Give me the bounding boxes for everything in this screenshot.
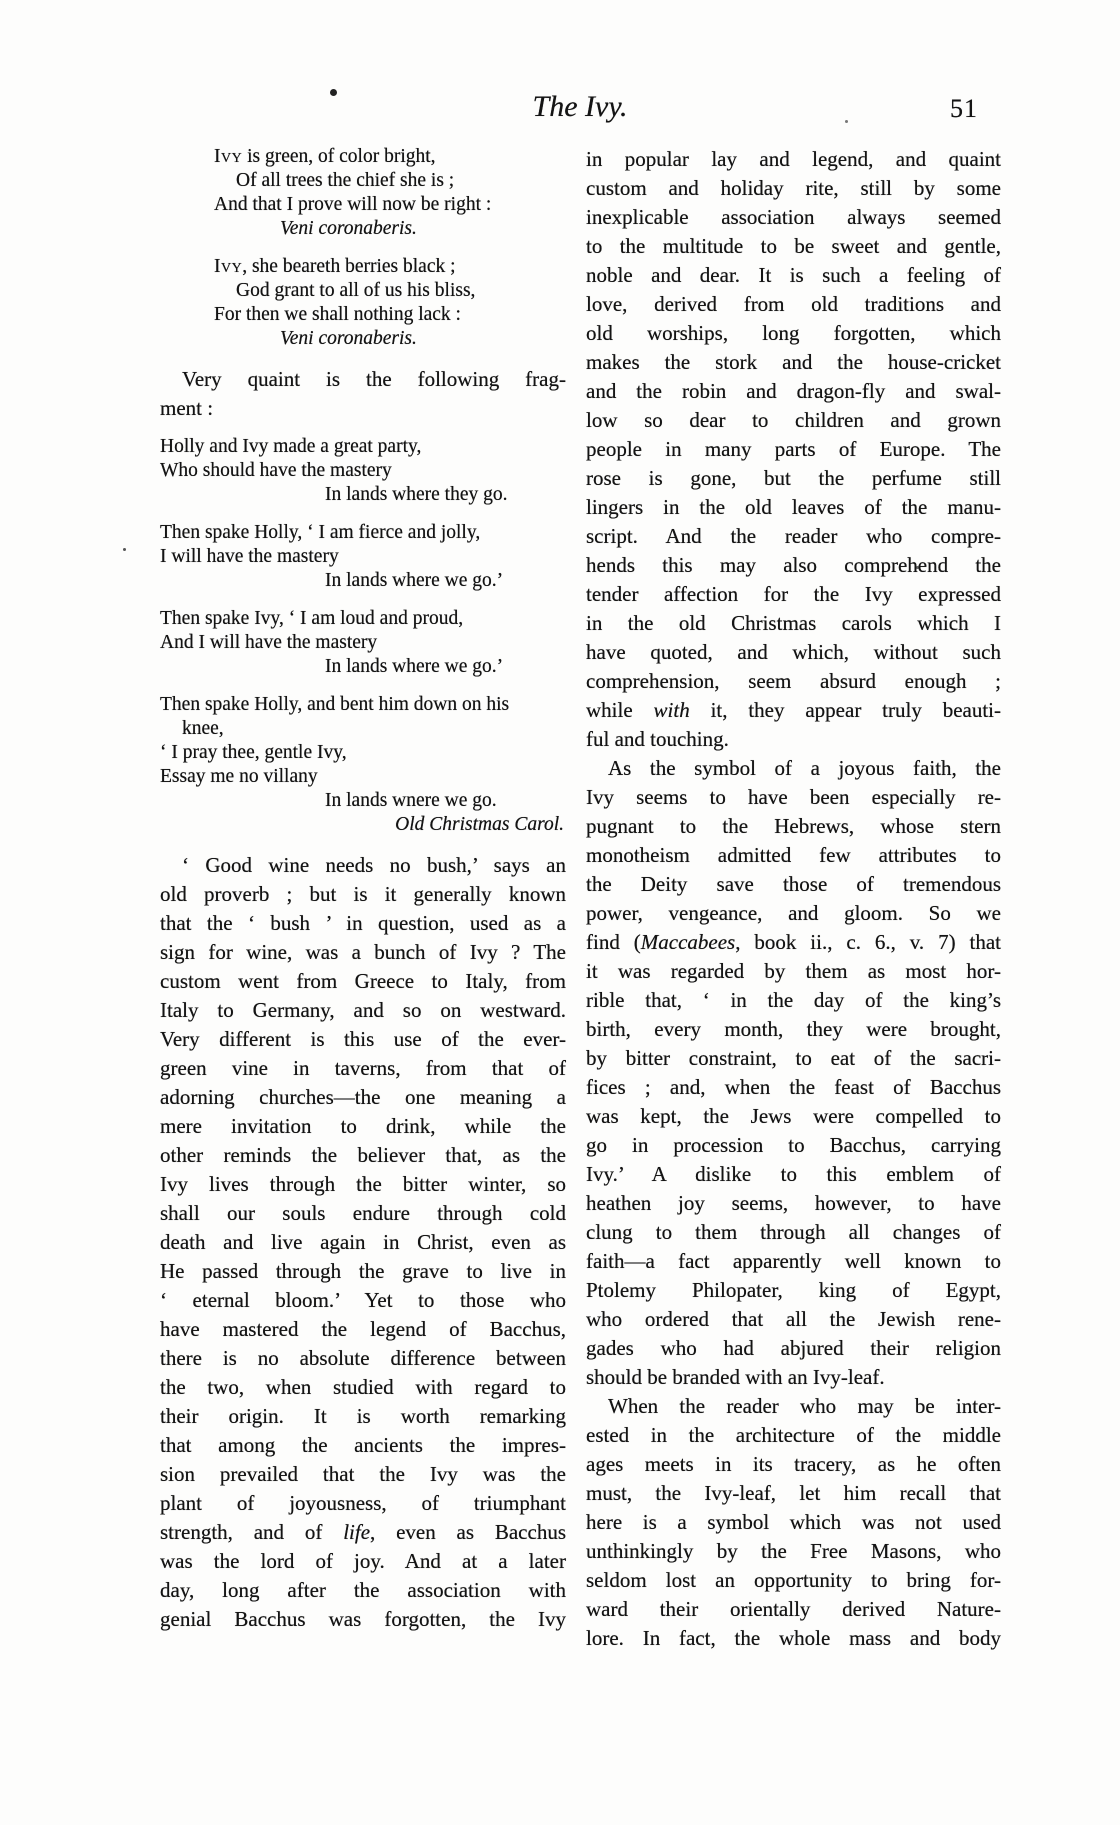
text-segment: birth, every month, they were brought, (586, 1017, 1001, 1041)
prose-line: who ordered that all the Jewish rene- (586, 1305, 1001, 1334)
text-segment: Maccabees (641, 930, 735, 954)
prose-line: ful and touching. (586, 725, 1001, 754)
text-segment: Very quaint is the following frag- (182, 367, 566, 391)
text-segment: that the ‘ bush ’ in question, used as a (160, 911, 566, 935)
text-segment: here is a symbol which was not used (586, 1510, 1001, 1534)
text-segment: makes the stork and the house-cricket (586, 350, 1001, 374)
prose-line: Very different is this use of the ever- (160, 1025, 566, 1054)
verse-line: Essay me no villany (160, 765, 566, 789)
text-segment: Holly and Ivy made a great party, (160, 436, 421, 457)
text-segment: unthinkingly by the Free Masons, who (586, 1539, 1001, 1563)
text-segment: there is no absolute difference between (160, 1346, 566, 1370)
text-segment: their origin. It is worth remarking (160, 1404, 566, 1428)
paragraph: ‘ Good wine needs no bush,’ says anold p… (160, 851, 566, 1634)
prose-line: custom and holiday rite, still by some (586, 174, 1001, 203)
text-segment: God grant to all of us his bliss, (236, 280, 475, 301)
prose-line: hends this may also comprehend the (586, 551, 1001, 580)
text-segment: other reminds the believer that, as the (160, 1143, 566, 1167)
text-segment: And that I prove will now be right : (214, 194, 491, 215)
verse-line: Ivy, she beareth berries black ; (214, 255, 566, 279)
prose-line: rible that, ‘ in the day of the king’s (586, 986, 1001, 1015)
prose-line: should be branded with an Ivy-leaf. (586, 1363, 1001, 1392)
text-segment: Italy to Germany, and so on westward. (160, 998, 566, 1022)
text-segment: shall our souls endure through cold (160, 1201, 566, 1225)
text-segment: custom went from Greece to Italy, from (160, 969, 566, 993)
text-segment: by bitter constraint, to eat of the sacr… (586, 1046, 1001, 1070)
prose-line: shall our souls endure through cold (160, 1199, 566, 1228)
poem-stanza: Ivy, she beareth berries black ;God gran… (214, 255, 566, 351)
text-segment: strength, and of (160, 1520, 343, 1544)
text-segment: who ordered that all the Jewish rene- (586, 1307, 1001, 1331)
verse-line: In lands where they go. (160, 483, 566, 507)
prose-line: Ivy.’ A dislike to this emblem of (586, 1160, 1001, 1189)
prose-line: death and live again in Christ, even as (160, 1228, 566, 1257)
text-segment: people in many parts of Europe. The (586, 437, 1001, 461)
text-segment: comprehension, seem absurd enough ; (586, 669, 1001, 693)
text-segment: in popular lay and legend, and quaint (586, 147, 1001, 171)
text-segment: have mastered the legend of Bacchus, (160, 1317, 566, 1341)
prose-line: Ivy lives through the bitter winter, so (160, 1170, 566, 1199)
running-title: The Ivy. (160, 90, 1000, 124)
poem-stanza: Holly and Ivy made a great party,Who sho… (160, 435, 566, 507)
text-segment: must, the Ivy-leaf, let him recall that (586, 1481, 1001, 1505)
text-segment: Ivy lives through the bitter winter, so (160, 1172, 566, 1196)
text-segment: day, long after the association with (160, 1578, 566, 1602)
verse-line: Who should have the mastery (160, 459, 566, 483)
text-segment: plant of joyousness, of triumphant (160, 1491, 566, 1515)
prose-line: to the multitude to be sweet and gentle, (586, 232, 1001, 261)
text-segment: was the lord of joy. And at a later (160, 1549, 566, 1573)
prose-line: by bitter constraint, to eat of the sacr… (586, 1044, 1001, 1073)
text-segment: lore. In fact, the whole mass and body (586, 1626, 1001, 1650)
verse-line: Old Christmas Carol. (160, 813, 566, 837)
text-segment: As the symbol of a joyous faith, the (608, 756, 1001, 780)
text-segment: For then we shall nothing lack : (214, 304, 461, 325)
text-segment: Ivy (214, 146, 242, 167)
text-segment: death and live again in Christ, even as (160, 1230, 566, 1254)
text-segment: monotheism admitted few attributes to (586, 843, 1001, 867)
prose-line: their origin. It is worth remarking (160, 1402, 566, 1431)
paragraph: Very quaint is the following frag-ment : (160, 365, 566, 423)
prose-line: unthinkingly by the Free Masons, who (586, 1537, 1001, 1566)
prose-line: inexplicable association always seemed (586, 203, 1001, 232)
verse-line: Then spake Holly, ‘ I am fierce and joll… (160, 521, 566, 545)
text-segment: adorning churches—the one meaning a (160, 1085, 566, 1109)
prose-line: monotheism admitted few attributes to (586, 841, 1001, 870)
paragraph: As the symbol of a joyous faith, theIvy … (586, 754, 1001, 1392)
prose-line: gades who had abjured their religion (586, 1334, 1001, 1363)
text-segment: custom and holiday rite, still by some (586, 176, 1001, 200)
prose-line: it was regarded by them as most hor- (586, 957, 1001, 986)
text-segment: pugnant to the Hebrews, whose stern (586, 814, 1001, 838)
prose-line: lingers in the old leaves of the manu- (586, 493, 1001, 522)
verse-line: Then spake Holly, and bent him down on h… (160, 693, 566, 717)
prose-line: ages meets in its tracery, as he often (586, 1450, 1001, 1479)
text-segment: Who should have the mastery (160, 460, 392, 481)
prose-line: Ptolemy Philopater, king of Egypt, (586, 1276, 1001, 1305)
text-segment: inexplicable association always seemed (586, 205, 1001, 229)
text-segment: heathen joy seems, however, to have (586, 1191, 1001, 1215)
verse-line: knee, (160, 717, 566, 741)
prose-line: As the symbol of a joyous faith, the (586, 754, 1001, 783)
verse-line: Of all trees the chief she is ; (214, 169, 566, 193)
verse-line: Veni coronaberis. (214, 217, 566, 241)
text-segment: the Deity save those of tremendous (586, 872, 1001, 896)
prose-line: old proverb ; but is it generally known (160, 880, 566, 909)
text-segment: genial Bacchus was forgotten, the Ivy (160, 1607, 566, 1631)
text-segment: Very different is this use of the ever- (160, 1027, 566, 1051)
prose-line: power, vengeance, and gloom. So we (586, 899, 1001, 928)
text-segment: knee, (182, 718, 224, 739)
text-segment: In lands where they go. (325, 484, 508, 505)
text-segment: ment : (160, 396, 213, 420)
prose-line: makes the stork and the house-cricket (586, 348, 1001, 377)
text-segment: mere invitation to drink, while the (160, 1114, 566, 1138)
text-segment: while (586, 698, 654, 722)
verse-line: ‘ I pray thee, gentle Ivy, (160, 741, 566, 765)
text-segment: Veni coronaberis. (280, 218, 417, 239)
text-segment: noble and dear. It is such a feeling of (586, 263, 1001, 287)
prose-line: was kept, the Jews were compelled to (586, 1102, 1001, 1131)
text-segment: ages meets in its tracery, as he often (586, 1452, 1001, 1476)
text-segment: rible that, ‘ in the day of the king’s (586, 988, 1001, 1012)
verse-line: In lands where we go.’ (160, 655, 566, 679)
prose-line: in the old Christmas carols which I (586, 609, 1001, 638)
text-segment: have quoted, and which, without such (586, 640, 1001, 664)
prose-line: pugnant to the Hebrews, whose stern (586, 812, 1001, 841)
prose-line: the Deity save those of tremendous (586, 870, 1001, 899)
prose-line: other reminds the believer that, as the (160, 1141, 566, 1170)
prose-line: genial Bacchus was forgotten, the Ivy (160, 1605, 566, 1634)
prose-line: plant of joyousness, of triumphant (160, 1489, 566, 1518)
text-segment: , even as Bacchus (370, 1520, 566, 1544)
verse-line: In lands wnere we go. (160, 789, 566, 813)
prose-line: Italy to Germany, and so on westward. (160, 996, 566, 1025)
prose-line: He passed through the grave to live in (160, 1257, 566, 1286)
text-segment: In lands wnere we go. (325, 790, 497, 811)
text-segment: gades who had abjured their religion (586, 1336, 1001, 1360)
text-segment: the two, when studied with regard to (160, 1375, 566, 1399)
prose-line: Very quaint is the following frag- (160, 365, 566, 394)
text-segment: green vine in taverns, from that of (160, 1056, 566, 1080)
prose-line: in popular lay and legend, and quaint (586, 145, 1001, 174)
verse-line: I will have the mastery (160, 545, 566, 569)
text-segment: old proverb ; but is it generally known (160, 882, 566, 906)
prose-line: birth, every month, they were brought, (586, 1015, 1001, 1044)
text-segment: hends this may also comprehend the (586, 553, 1001, 577)
text-segment: that among the ancients the impres- (160, 1433, 566, 1457)
page-number: 51 (950, 94, 978, 124)
prose-line: people in many parts of Europe. The (586, 435, 1001, 464)
prose-line: heathen joy seems, however, to have (586, 1189, 1001, 1218)
text-segment: is green, of color bright, (242, 146, 435, 167)
prose-line: clung to them through all changes of (586, 1218, 1001, 1247)
text-segment: ful and touching. (586, 727, 729, 751)
text-segment: , she beareth berries black ; (242, 256, 455, 277)
text-segment: Of all trees the chief she is ; (236, 170, 454, 191)
text-segment: ‘ eternal bloom.’ Yet to those who (160, 1288, 566, 1312)
text-segment: was kept, the Jews were compelled to (586, 1104, 1001, 1128)
prose-line: When the reader who may be inter- (586, 1392, 1001, 1421)
prose-line: mere invitation to drink, while the (160, 1112, 566, 1141)
prose-line: Ivy seems to have been especially re- (586, 783, 1001, 812)
prose-line: low so dear to children and grown (586, 406, 1001, 435)
prose-line: love, derived from old traditions and (586, 290, 1001, 319)
text-segment: it was regarded by them as most hor- (586, 959, 1001, 983)
text-segment: Veni coronaberis. (280, 328, 417, 349)
page-container: The Ivy. 51 Ivy is green, of color brigh… (0, 0, 1120, 1825)
text-segment: He passed through the grave to live in (160, 1259, 566, 1283)
text-segment: sion prevailed that the Ivy was the (160, 1462, 566, 1486)
text-segment: power, vengeance, and gloom. So we (586, 901, 1001, 925)
verse-line: Then spake Ivy, ‘ I am loud and proud, (160, 607, 566, 631)
prose-line: the two, when studied with regard to (160, 1373, 566, 1402)
prose-line: have quoted, and which, without such (586, 638, 1001, 667)
text-segment: go in procession to Bacchus, carrying (586, 1133, 1001, 1157)
verse-line: Veni coronaberis. (214, 327, 566, 351)
prose-line: go in procession to Bacchus, carrying (586, 1131, 1001, 1160)
prose-line: script. And the reader who compre- (586, 522, 1001, 551)
text-segment: Old Christmas Carol. (395, 814, 564, 835)
poem-stanza: Then spake Holly, ‘ I am fierce and joll… (160, 521, 566, 593)
prose-line: adorning churches—the one meaning a (160, 1083, 566, 1112)
prose-line: have mastered the legend of Bacchus, (160, 1315, 566, 1344)
text-segment: Then spake Holly, and bent him down on h… (160, 694, 509, 715)
prose-line: find (Maccabees, book ii., c. 6., v. 7) … (586, 928, 1001, 957)
prose-line: there is no absolute difference between (160, 1344, 566, 1373)
verse-line: And that I prove will now be right : (214, 193, 566, 217)
text-segment: with (654, 698, 690, 722)
prose-line: sign for wine, was a bunch of Ivy ? The (160, 938, 566, 967)
prose-line: ‘ Good wine needs no bush,’ says an (160, 851, 566, 880)
poem-stanza: Then spake Holly, and bent him down on h… (160, 693, 566, 837)
text-segment: life (343, 1520, 370, 1544)
text-segment: When the reader who may be inter- (608, 1394, 1001, 1418)
text-segment: ‘ I pray thee, gentle Ivy, (160, 742, 347, 763)
paragraph: When the reader who may be inter-ested i… (586, 1392, 1001, 1653)
text-segment: Ivy (214, 256, 242, 277)
text-segment: Then spake Ivy, ‘ I am loud and proud, (160, 608, 463, 629)
prose-line: noble and dear. It is such a feeling of (586, 261, 1001, 290)
text-segment: sign for wine, was a bunch of Ivy ? The (160, 940, 566, 964)
text-segment: rose is gone, but the perfume still (586, 466, 1001, 490)
prose-line: was the lord of joy. And at a later (160, 1547, 566, 1576)
poem-stanza: Then spake Ivy, ‘ I am loud and proud,An… (160, 607, 566, 679)
text-segment: low so dear to children and grown (586, 408, 1001, 432)
prose-line: here is a symbol which was not used (586, 1508, 1001, 1537)
text-segment: ested in the architecture of the middle (586, 1423, 1001, 1447)
paragraph: in popular lay and legend, and quaintcus… (586, 145, 1001, 754)
prose-line: strength, and of life, even as Bacchus (160, 1518, 566, 1547)
prose-line: must, the Ivy-leaf, let him recall that (586, 1479, 1001, 1508)
verse-line: For then we shall nothing lack : (214, 303, 566, 327)
text-segment: find ( (586, 930, 641, 954)
poem-stanza: Ivy is green, of color bright,Of all tre… (214, 145, 566, 241)
prose-line: while with it, they appear truly beauti- (586, 696, 1001, 725)
text-segment: in the old Christmas carols which I (586, 611, 1001, 635)
prose-line: fices ; and, when the feast of Bacchus (586, 1073, 1001, 1102)
verse-line: And I will have the mastery (160, 631, 566, 655)
prose-line: custom went from Greece to Italy, from (160, 967, 566, 996)
text-segment: Ivy seems to have been especially re- (586, 785, 1001, 809)
text-segment: Then spake Holly, ‘ I am fierce and joll… (160, 522, 480, 543)
text-segment: , book ii., c. 6., v. 7) that (735, 930, 1001, 954)
text-segment: faith—a fact apparently well known to (586, 1249, 1001, 1273)
prose-line: faith—a fact apparently well known to (586, 1247, 1001, 1276)
verse-line: Ivy is green, of color bright, (214, 145, 566, 169)
prose-line: and the robin and dragon-fly and swal- (586, 377, 1001, 406)
text-segment: Essay me no villany (160, 766, 318, 787)
prose-line: ment : (160, 394, 566, 423)
text-segment: to the multitude to be sweet and gentle, (586, 234, 1001, 258)
text-segment: should be branded with an Ivy-leaf. (586, 1365, 885, 1389)
left-column: Ivy is green, of color bright,Of all tre… (160, 145, 566, 1634)
prose-line: ‘ eternal bloom.’ Yet to those who (160, 1286, 566, 1315)
text-segment: In lands where we go.’ (325, 570, 503, 591)
text-segment: seldom lost an opportunity to bring for- (586, 1568, 1001, 1592)
text-segment: In lands where we go.’ (325, 656, 503, 677)
text-segment: clung to them through all changes of (586, 1220, 1001, 1244)
text-segment: script. And the reader who compre- (586, 524, 1001, 548)
verse-line: God grant to all of us his bliss, (214, 279, 566, 303)
prose-line: comprehension, seem absurd enough ; (586, 667, 1001, 696)
text-segment: love, derived from old traditions and (586, 292, 1001, 316)
prose-line: old worships, long forgotten, which (586, 319, 1001, 348)
text-segment: And I will have the mastery (160, 632, 377, 653)
right-column: in popular lay and legend, and quaintcus… (586, 145, 1001, 1653)
text-segment: it, they appear truly beauti- (690, 698, 1001, 722)
prose-line: that the ‘ bush ’ in question, used as a (160, 909, 566, 938)
text-segment: and the robin and dragon-fly and swal- (586, 379, 1001, 403)
prose-line: seldom lost an opportunity to bring for- (586, 1566, 1001, 1595)
text-segment: old worships, long forgotten, which (586, 321, 1001, 345)
text-segment: Ivy.’ A dislike to this emblem of (586, 1162, 1001, 1186)
verse-line: Holly and Ivy made a great party, (160, 435, 566, 459)
text-segment: ward their orientally derived Nature- (586, 1597, 1001, 1621)
text-segment: ‘ Good wine needs no bush,’ says an (182, 853, 566, 877)
text-segment: lingers in the old leaves of the manu- (586, 495, 1001, 519)
text-segment: I will have the mastery (160, 546, 339, 567)
prose-line: that among the ancients the impres- (160, 1431, 566, 1460)
text-segment: fices ; and, when the feast of Bacchus (586, 1075, 1001, 1099)
prose-line: ward their orientally derived Nature- (586, 1595, 1001, 1624)
prose-line: lore. In fact, the whole mass and body (586, 1624, 1001, 1653)
ink-speck (123, 548, 126, 551)
prose-line: green vine in taverns, from that of (160, 1054, 566, 1083)
prose-line: rose is gone, but the perfume still (586, 464, 1001, 493)
text-segment: tender affection for the Ivy expressed (586, 582, 1001, 606)
prose-line: day, long after the association with (160, 1576, 566, 1605)
prose-line: tender affection for the Ivy expressed (586, 580, 1001, 609)
prose-line: ested in the architecture of the middle (586, 1421, 1001, 1450)
verse-line: In lands where we go.’ (160, 569, 566, 593)
text-segment: Ptolemy Philopater, king of Egypt, (586, 1278, 1001, 1302)
prose-line: sion prevailed that the Ivy was the (160, 1460, 566, 1489)
